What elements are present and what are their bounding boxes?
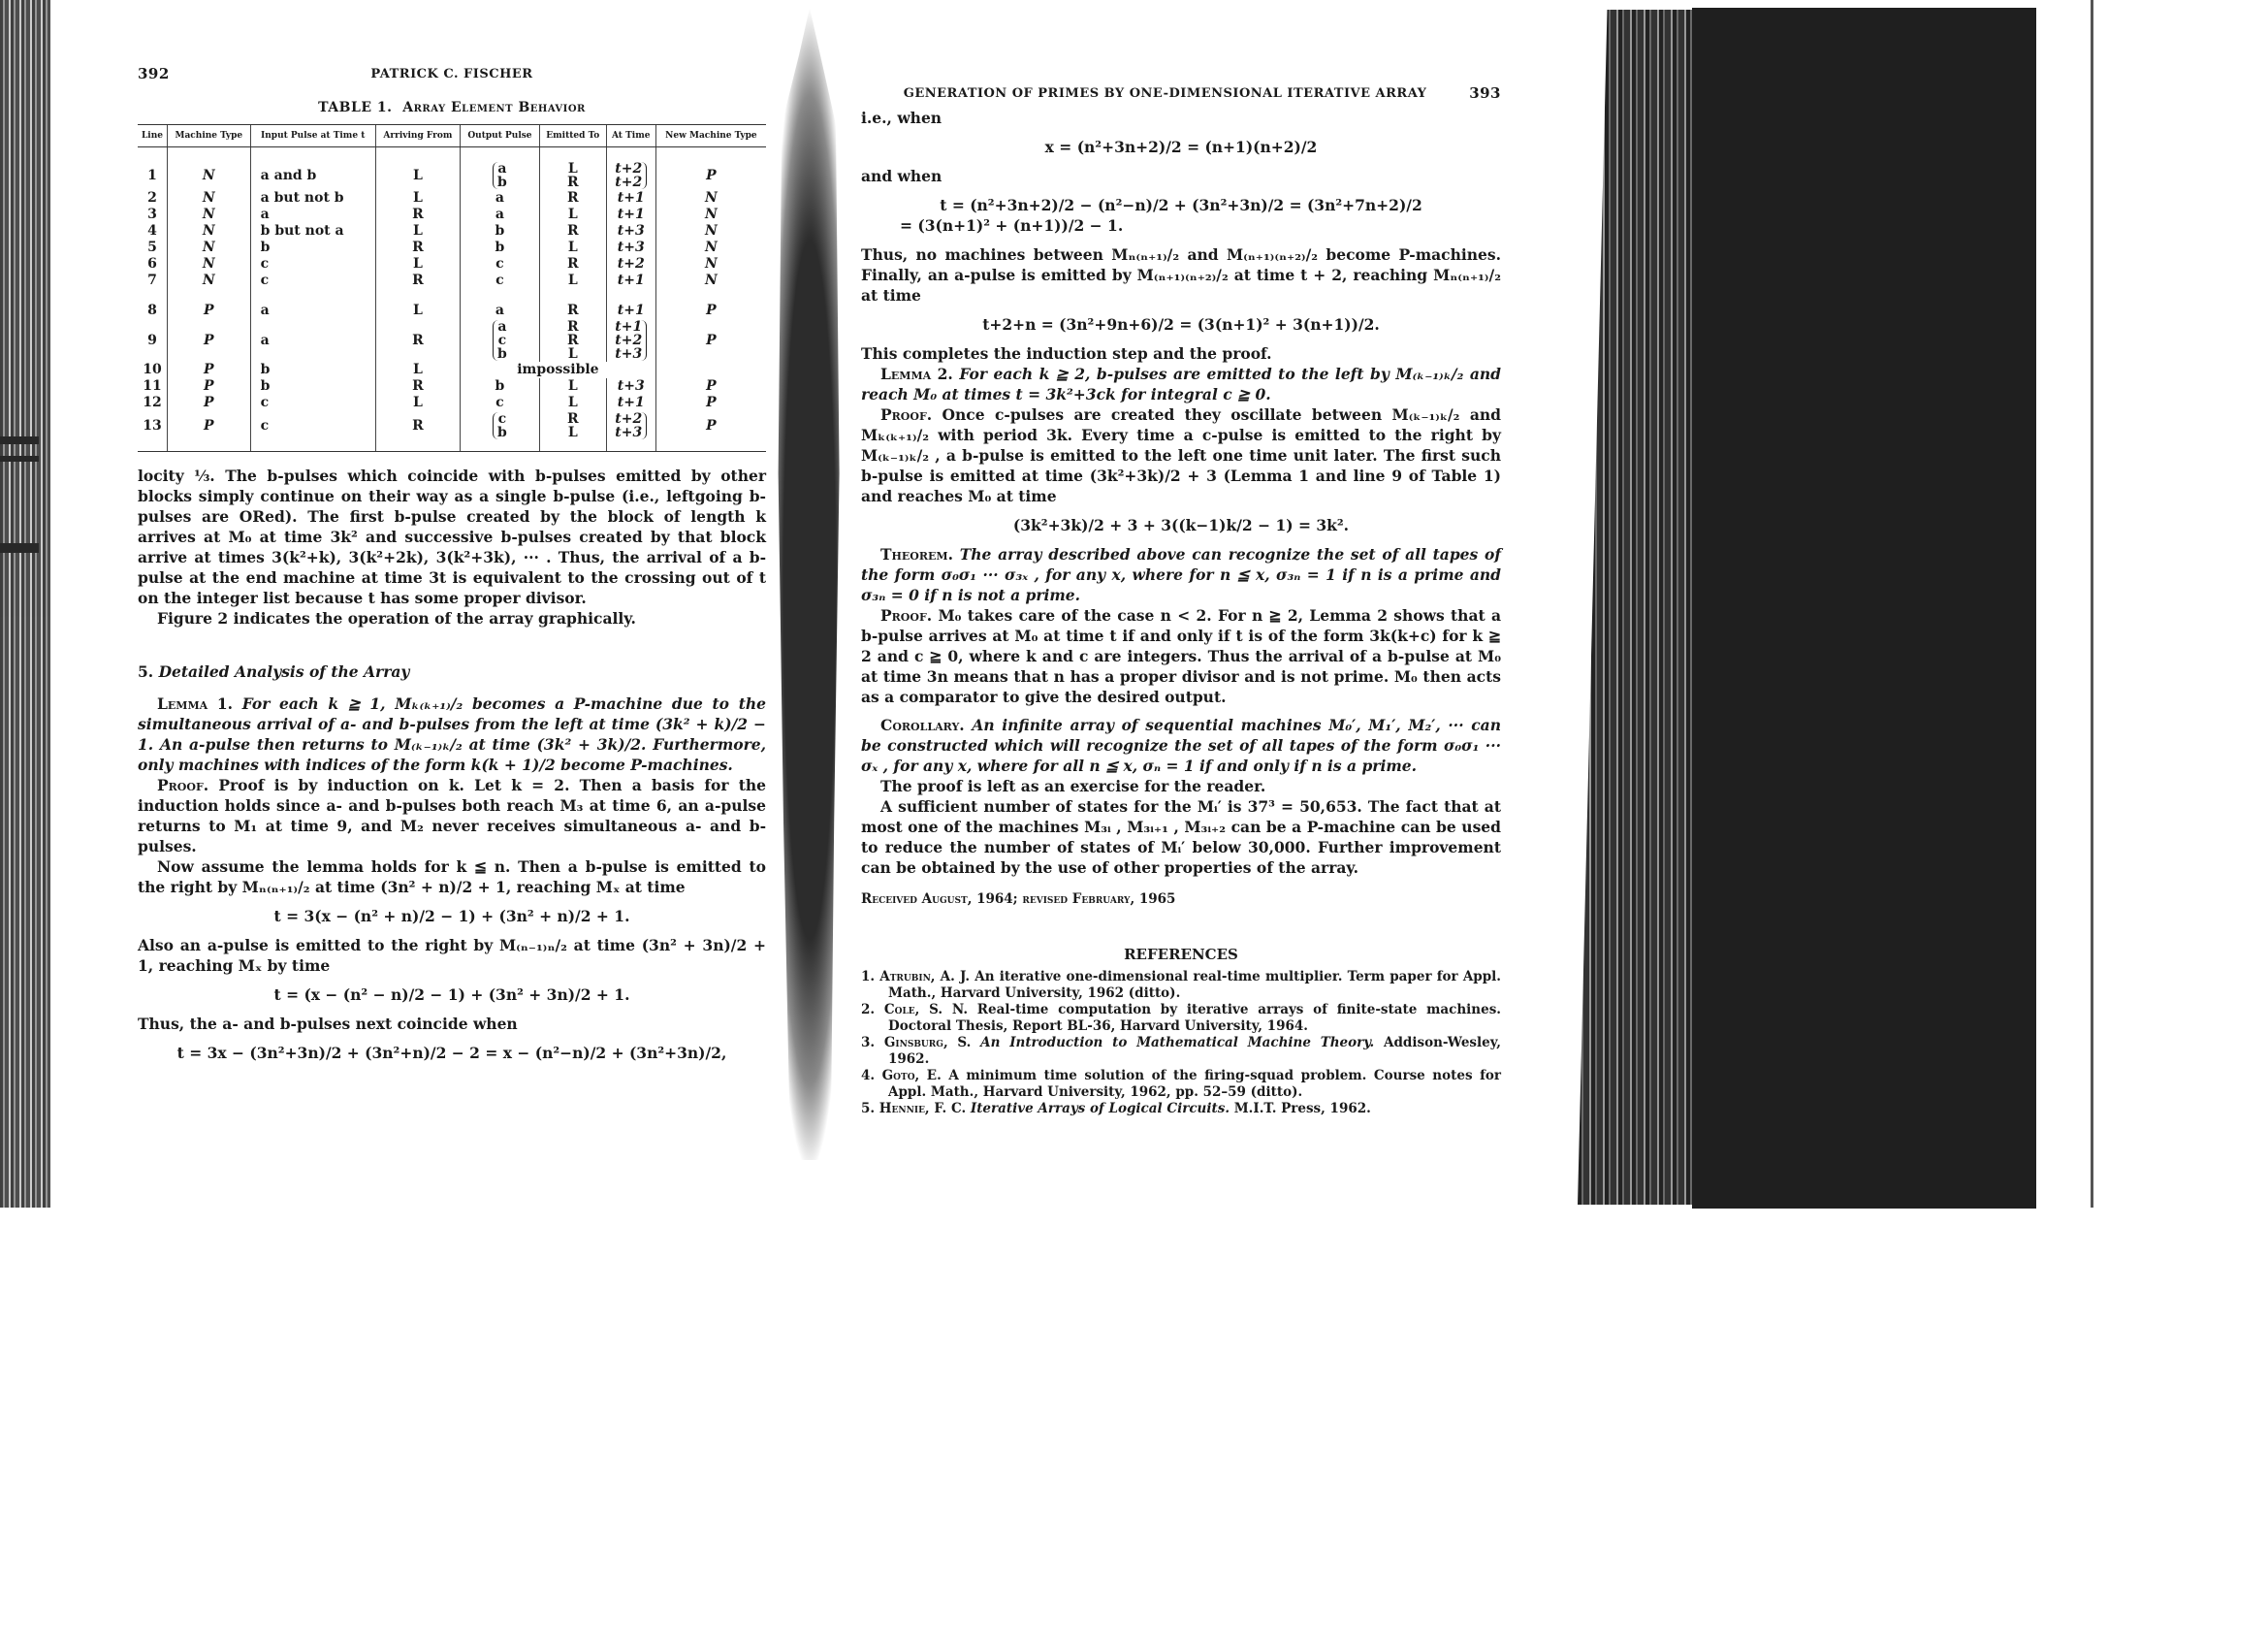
table-row: 4Nb but not aLbRt+3N [138,223,766,240]
equation-5a: t = (n²+3n+2)/2 − (n²−n)/2 + (3n²+3n)/2 … [861,195,1501,215]
cell-output-pulse-stack: ab [493,162,507,189]
cell-emitted-to-stack: RL [567,412,579,439]
cell-arriving-from: L [375,256,460,273]
reference-number: 1. [861,969,879,984]
cell-output-pulse-stack: a [495,208,504,221]
reference-number: 2. [861,1002,884,1017]
table-row: 8PaLaRt+1P [138,303,766,319]
cell-input-pulse: b [250,378,375,395]
paragraph-induction-step: Now assume the lemma holds for k ≦ n. Th… [138,856,766,897]
cell-new-type: N [655,207,766,223]
cell-at-time: t+3 [606,240,655,256]
reference-title: Iterative Arrays of Logical Circuits. [971,1101,1234,1116]
references-heading: REFERENCES [861,945,1501,965]
running-head-title: GENERATION OF PRIMES BY ONE-DIMENSIONAL … [861,83,1469,104]
cell-emitted-to-stack: L [568,396,578,409]
cell-arriving-from: L [375,362,460,378]
cell-at-time: t+2 [606,256,655,273]
lemma-1: Lemma 1. For each k ≧ 1, Mₖ₍ₖ₊₁₎/₂ becom… [138,693,766,775]
cell-machine-type: N [167,240,250,256]
cell-input-pulse: a [250,319,375,362]
cell-at-time-stack: t+1 [618,274,645,287]
cell-at-time: t+3 [606,223,655,240]
proof-3-label: Proof. [880,606,932,625]
proof-2-text: Once c-pulses are created they oscillate… [861,405,1501,505]
cell-output-pulse-stack: a [495,304,504,317]
reference-item: 2. Cole, S. N. Real-time computation by … [861,1002,1501,1035]
cell-at-time: t+1t+2t+3 [606,319,655,362]
equation-6: t+2+n = (3n²+9n+6)/2 = (3(n+1)² + 3(n+1)… [861,314,1501,335]
cell-new-type: N [655,223,766,240]
reference-text: Real-time computation by iterative array… [888,1002,1501,1034]
cell-at-time-stack: t+2t+3 [615,412,647,439]
cell-line: 6 [138,256,167,273]
cell-at-time-stack: t+3 [618,224,645,238]
cell-input-pulse: c [250,411,375,452]
dark-page-edge-streak [1578,10,1696,1205]
lemma-1-label: Lemma 1. [157,694,233,713]
cell-emitted-to: RL [539,411,606,452]
column-header: Output Pulse [461,125,540,147]
corollary: Corollary. An infinite array of sequenti… [861,715,1501,776]
cell-new-type: N [655,256,766,273]
right-page: GENERATION OF PRIMES BY ONE-DIMENSIONAL … [861,83,1501,1117]
cell-output-pulse-stack: acb [493,320,507,361]
paragraph-a-pulse: Also an a-pulse is emitted to the right … [138,935,766,976]
cell-at-time-stack: t+2 [618,257,645,271]
cell-new-type: P [655,161,766,190]
page-edge-line [2091,0,2093,1208]
cell-emitted-to-stack: R [567,224,579,238]
cell-machine-type: P [167,378,250,395]
table-label: TABLE 1. [318,100,392,115]
cell-emitted-to: R [539,303,606,319]
cell-emitted-to: R [539,223,606,240]
cell-line: 3 [138,207,167,223]
cell-output-pulse: acb [461,319,540,362]
cell-output-pulse: ab [461,161,540,190]
equation-2: t = (x − (n² − n)/2 − 1) + (3n² + 3n)/2 … [138,984,766,1005]
scanner-edge-streak [0,0,50,1208]
cell-line: 1 [138,161,167,190]
section-title: Detailed Analysis of the Array [159,662,410,681]
cell-emitted-to: R [539,190,606,207]
cell-line: 2 [138,190,167,207]
cell-machine-type: N [167,161,250,190]
cell-emitted-to: L [539,378,606,395]
cell-machine-type: P [167,411,250,452]
reference-title: An Introduction to Mathematical Machine … [980,1035,1384,1050]
reference-author: Cole, S. N. [884,1002,977,1017]
cell-at-time: t+2t+3 [606,411,655,452]
cell-machine-type: P [167,303,250,319]
cell-emitted-to-stack: R [567,191,579,205]
corollary-label: Corollary. [880,716,965,734]
reference-author: Hennie, F. C. [879,1101,971,1116]
reference-number: 3. [861,1035,884,1050]
cell-new-type [655,362,766,378]
cell-output-pulse: b [461,240,540,256]
cell-input-pulse: c [250,273,375,289]
cell-arriving-from: R [375,319,460,362]
cell-emitted-to: L [539,395,606,411]
cell-new-type: N [655,240,766,256]
cell-input-pulse: c [250,256,375,273]
proof-2: Proof. Once c-pulses are created they os… [861,404,1501,506]
paragraph-no-machines: Thus, no machines between Mₙ₍ₙ₊₁₎/₂ and … [861,244,1501,306]
cell-machine-type: N [167,256,250,273]
cell-output-pulse-stack: b [495,379,505,393]
column-header: Arriving From [375,125,460,147]
cell-output-pulse-stack: cb [493,412,507,439]
cell-arriving-from: R [375,273,460,289]
reference-text: A minimum time solution of the firing-sq… [888,1068,1501,1100]
cell-at-time-stack: t+3 [618,379,645,393]
lemma-2-label: Lemma 2. [880,365,953,383]
reference-author: Goto, E. [882,1068,949,1083]
proof-1-label: Proof. [157,776,208,794]
references-list: 1. Atrubin, A. J. An iterative one-dimen… [861,969,1501,1117]
cell-machine-type: N [167,273,250,289]
cell-input-pulse: a but not b [250,190,375,207]
cell-arriving-from: R [375,240,460,256]
cell-at-time-stack: t+1 [618,396,645,409]
cell-new-type: P [655,411,766,452]
table-row: 12PcLcLt+1P [138,395,766,411]
lemma-1-text: For each k ≧ 1, Mₖ₍ₖ₊₁₎/₂ becomes a P-ma… [138,694,766,774]
theorem-label: Theorem. [880,545,953,564]
table-row: 1Na and bLabLRt+2t+2P [138,161,766,190]
cell-arriving-from: L [375,161,460,190]
array-element-behavior-table: LineMachine TypeInput Pulse at Time tArr… [138,124,766,452]
table-row: 2Na but not bLaRt+1N [138,190,766,207]
proof-1: Proof. Proof is by induction on k. Let k… [138,775,766,856]
cell-emitted-to: R [539,256,606,273]
cell-output-pulse: cb [461,411,540,452]
table-row: 5NbRbLt+3N [138,240,766,256]
table-row: 3NaRaLt+1N [138,207,766,223]
running-head-left: 392 PATRICK C. FISCHER 392 [138,64,766,84]
equation-5b: = (3(n+1)² + (n+1))/2 − 1. [861,215,1501,236]
proof-3: Proof. M₀ takes care of the case n < 2. … [861,605,1501,707]
cell-emitted-to: LR [539,161,606,190]
cell-machine-type: N [167,190,250,207]
cell-emitted-to-stack: L [568,208,578,221]
lemma-2-text: For each k ≧ 2, b-pulses are emitted to … [861,365,1501,403]
received-date: Received August, 1964; revised February,… [861,889,1501,910]
cell-output-pulse: c [461,273,540,289]
cell-output-pulse-stack: c [495,274,504,287]
text-ie-when: i.e., when [861,108,1501,128]
cell-emitted-to: RRL [539,319,606,362]
reference-number: 4. [861,1068,882,1083]
cell-line: 12 [138,395,167,411]
cell-emitted-to-stack: RRL [567,320,579,361]
cell-emitted-to-stack: R [567,257,579,271]
cell-at-time-stack: t+1 [618,208,645,221]
paragraph-exercise: The proof is left as an exercise for the… [861,776,1501,796]
cell-machine-type: P [167,395,250,411]
paragraph-states: A sufficient number of states for the Mᵢ… [861,796,1501,878]
cell-output-pulse: b [461,378,540,395]
cell-at-time-stack: t+1 [618,191,645,205]
cell-input-pulse: b [250,362,375,378]
cell-line: 4 [138,223,167,240]
cell-arriving-from: L [375,395,460,411]
cell-at-time-stack: t+1t+2t+3 [615,320,647,361]
cell-emitted-to: L [539,273,606,289]
cell-line: 7 [138,273,167,289]
cell-output-pulse-stack: b [495,224,505,238]
cell-machine-type: N [167,207,250,223]
cell-line: 10 [138,362,167,378]
cell-emitted-to-stack: L [568,274,578,287]
section-number: 5. [138,662,153,681]
cell-arriving-from: R [375,378,460,395]
table-row: 7NcRcLt+1N [138,273,766,289]
cell-input-pulse: a and b [250,161,375,190]
reference-item: 1. Atrubin, A. J. An iterative one-dimen… [861,969,1501,1002]
reference-item: 5. Hennie, F. C. Iterative Arrays of Log… [861,1101,1501,1117]
proof-1-text: Proof is by induction on k. Let k = 2. T… [138,776,766,855]
cell-output-pulse-stack: c [495,396,504,409]
reference-number: 5. [861,1101,879,1116]
cell-emitted-to-stack: L [568,379,578,393]
cell-output-pulse-stack: b [495,241,505,254]
paragraph-coincide: Thus, the a- and b-pulses next coincide … [138,1014,766,1034]
cell-input-pulse: c [250,395,375,411]
section-heading: 5. Detailed Analysis of the Array [138,661,766,682]
cell-line: 11 [138,378,167,395]
cell-output-pulse-stack: a [495,191,504,205]
cell-emitted-to-stack: L [568,241,578,254]
running-head-author: PATRICK C. FISCHER [170,64,734,84]
cell-at-time: t+1 [606,190,655,207]
cell-at-time: t+1 [606,207,655,223]
reference-item: 3. Ginsburg, S. An Introduction to Mathe… [861,1035,1501,1068]
cell-at-time: t+1 [606,273,655,289]
cell-new-type: N [655,190,766,207]
cell-line: 8 [138,303,167,319]
cell-arriving-from: R [375,207,460,223]
cell-machine-type: N [167,223,250,240]
reference-author: Ginsburg, S. [884,1035,980,1050]
reference-author: Atrubin, A. J. [879,969,974,984]
cell-arriving-from: R [375,411,460,452]
overexposed-dark-page [1692,8,2036,1209]
table-row: 6NcLcRt+2N [138,256,766,273]
cell-new-type: P [655,303,766,319]
equation-1: t = 3(x − (n² + n)/2 − 1) + (3n² + n)/2 … [138,906,766,926]
cell-output-pulse-stack: c [495,257,504,271]
equation-7: (3k²+3k)/2 + 3 + 3((k−1)k/2 − 1) = 3k². [861,515,1501,535]
column-header: At Time [606,125,655,147]
cell-machine-type: P [167,319,250,362]
cell-input-pulse: a [250,303,375,319]
paragraph-completes: This completes the induction step and th… [861,343,1501,364]
cell-new-type: N [655,273,766,289]
paragraph-velocity: locity ⅓. The b-pulses which coincide wi… [138,466,766,608]
cell-output-pulse: c [461,256,540,273]
running-head-right: GENERATION OF PRIMES BY ONE-DIMENSIONAL … [861,83,1501,104]
cell-at-time-stack: t+3 [618,241,645,254]
cell-at-time: t+2t+2 [606,161,655,190]
column-header: Input Pulse at Time t [250,125,375,147]
cell-input-pulse: b [250,240,375,256]
proof-3-text: M₀ takes care of the case n < 2. For n ≧… [861,606,1501,706]
cell-emitted-to: L [539,207,606,223]
page-number: 393 [1469,83,1501,104]
theorem-text: The array described above can recognize … [861,545,1501,604]
reference-text: M.I.T. Press, 1962. [1234,1101,1371,1116]
cell-at-time-stack: t+2t+2 [615,162,647,189]
cell-at-time: t+1 [606,303,655,319]
equation-3: t = 3x − (3n²+3n)/2 + (3n²+n)/2 − 2 = x … [138,1043,766,1063]
cell-emitted-to-stack: R [567,304,579,317]
cell-output-pulse: b [461,223,540,240]
text-and-when: and when [861,166,1501,186]
cell-at-time: t+3 [606,378,655,395]
equation-4: x = (n²+3n+2)/2 = (n+1)(n+2)/2 [861,137,1501,157]
table-title: Array Element Behavior [402,100,586,115]
book-gutter-shadow [766,8,853,1172]
table-row: 9PaRacbRRLt+1t+2t+3P [138,319,766,362]
cell-input-pulse: b but not a [250,223,375,240]
table-row: 10PbLimpossible [138,362,766,378]
proof-2-label: Proof. [880,405,932,424]
cell-impossible: impossible [461,362,656,378]
cell-output-pulse: c [461,395,540,411]
column-header: New Machine Type [655,125,766,147]
reference-item: 4. Goto, E. A minimum time solution of t… [861,1068,1501,1101]
cell-arriving-from: L [375,190,460,207]
cell-at-time-stack: t+1 [618,304,645,317]
table-row: 13PcRcbRLt+2t+3P [138,411,766,452]
page-number: 392 [138,64,170,84]
cell-arriving-from: L [375,223,460,240]
lemma-2: Lemma 2. For each k ≧ 2, b-pulses are em… [861,364,1501,404]
cell-output-pulse: a [461,190,540,207]
cell-new-type: P [655,378,766,395]
column-header: Line [138,125,167,147]
cell-arriving-from: L [375,303,460,319]
cell-line: 13 [138,411,167,452]
cell-emitted-to-stack: LR [567,162,579,189]
reference-text: An iterative one-dimensional real-time m… [888,969,1501,1001]
cell-output-pulse: a [461,207,540,223]
cell-new-type: P [655,395,766,411]
cell-machine-type: P [167,362,250,378]
table-row: 11PbRbLt+3P [138,378,766,395]
cell-emitted-to: L [539,240,606,256]
cell-line: 9 [138,319,167,362]
cell-output-pulse: a [461,303,540,319]
table-caption: TABLE 1. Array Element Behavior [138,98,766,118]
column-header: Machine Type [167,125,250,147]
paragraph-figure-ref: Figure 2 indicates the operation of the … [138,608,766,629]
cell-new-type: P [655,319,766,362]
left-page: 392 PATRICK C. FISCHER 392 TABLE 1. Arra… [138,64,766,1072]
column-header: Emitted To [539,125,606,147]
cell-at-time: t+1 [606,395,655,411]
theorem: Theorem. The array described above can r… [861,544,1501,605]
cell-input-pulse: a [250,207,375,223]
cell-line: 5 [138,240,167,256]
